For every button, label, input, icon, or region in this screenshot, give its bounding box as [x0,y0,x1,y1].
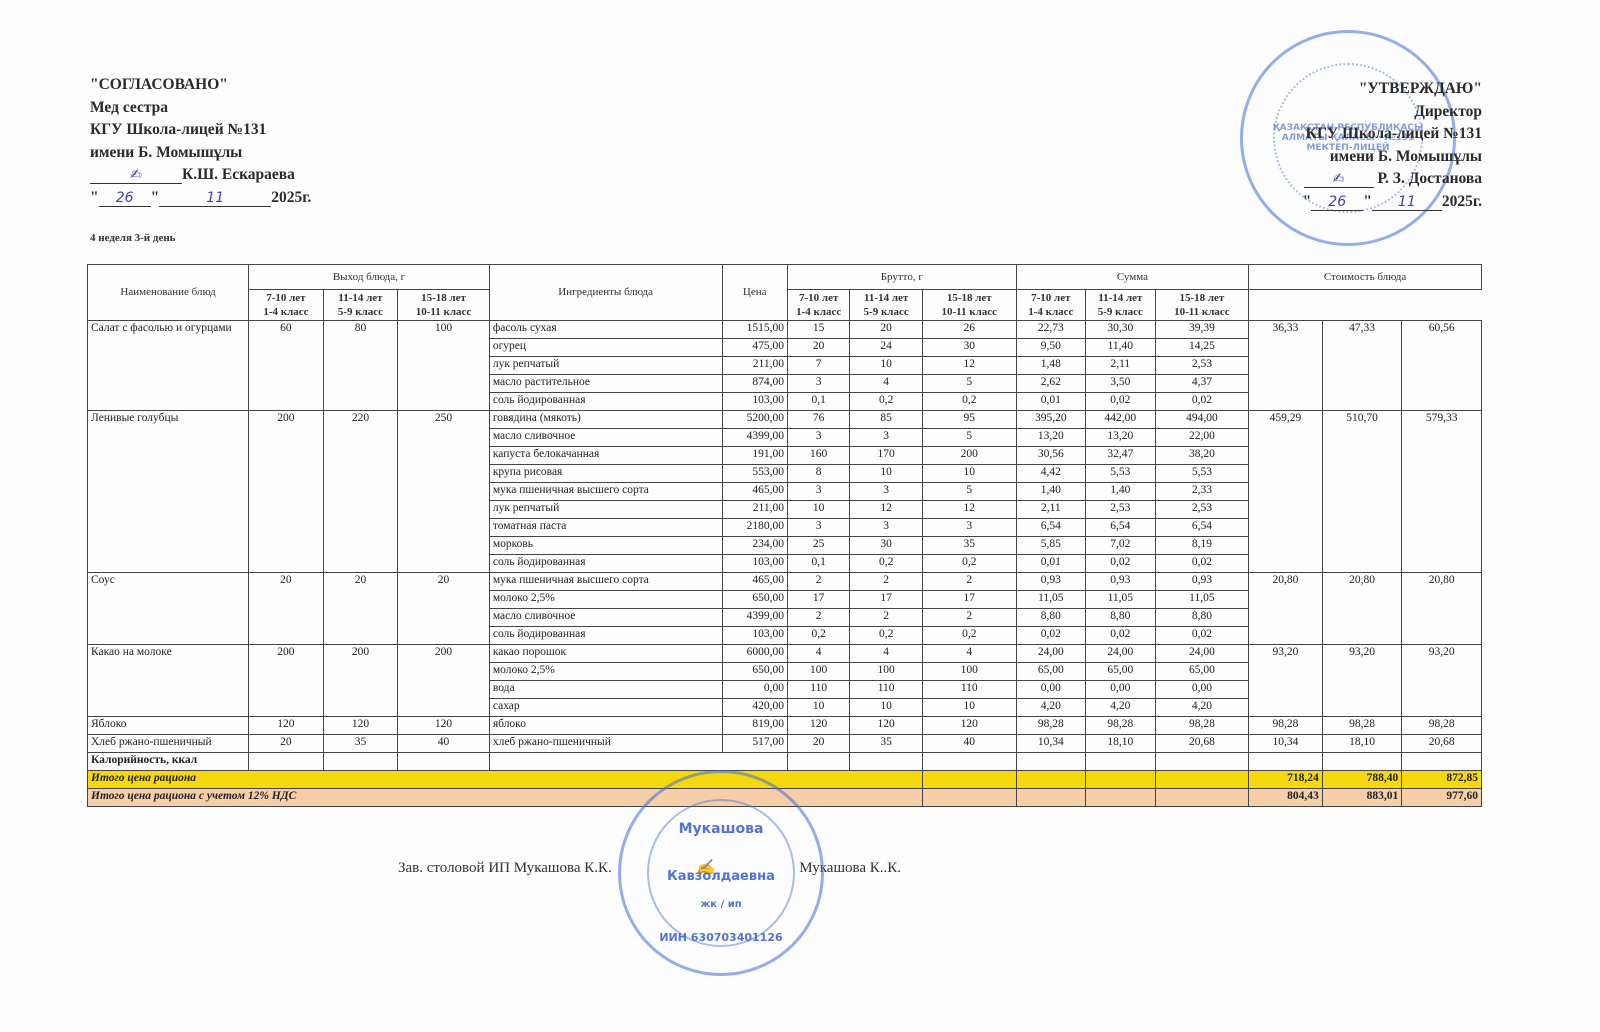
table-row: Какао на молоке200200200какао порошок600… [88,645,1482,663]
ingredient-brutto: 120 [850,717,923,735]
vat-row-value: 883,01 [1322,789,1402,807]
ingredient-price: 650,00 [722,591,787,609]
ingredient-price: 517,00 [722,735,787,753]
ingredient-sum: 22,00 [1155,429,1249,447]
total-row-value: 872,85 [1402,771,1482,789]
dish-cost: 10,34 [1249,735,1323,753]
ingredient-sum: 20,68 [1155,735,1249,753]
signature-mark: ✍ [1304,171,1374,188]
ingredient-sum: 30,56 [1016,447,1085,465]
approval-left-signature-line: ✍К.Ш. Ескараева [90,164,311,187]
calories-cell [1155,753,1249,771]
ingredient-sum: 6,54 [1016,519,1085,537]
calories-cell [489,753,787,771]
ingredient-brutto: 4 [850,375,923,393]
approval-left-title: "СОГЛАСОВАНО" [90,74,311,97]
ingredient-name: масло растительное [489,375,722,393]
dish-yield: 20 [398,573,490,645]
ingredient-brutto: 3 [787,483,849,501]
ingredient-brutto: 17 [922,591,1016,609]
ingredient-brutto: 0,2 [850,393,923,411]
calories-row: Калорийность, ккал [88,753,1482,771]
ingredient-sum: 0,02 [1086,627,1155,645]
ingredient-brutto: 10 [850,699,923,717]
ingredient-brutto: 3 [850,519,923,537]
vat-row-empty [1086,789,1155,807]
dish-yield: 20 [249,573,324,645]
ingredient-brutto: 24 [850,339,923,357]
ingredient-sum: 4,20 [1086,699,1155,717]
ingredient-name: капуста белокачанная [489,447,722,465]
ingredient-brutto: 40 [922,735,1016,753]
ingredient-price: 211,00 [722,357,787,375]
ingredient-sum: 0,02 [1155,555,1249,573]
ingredient-price: 6000,00 [722,645,787,663]
ingredient-sum: 24,00 [1155,645,1249,663]
dish-yield: 200 [323,645,398,717]
ingredient-name: масло сливочное [489,429,722,447]
approval-right: "УТВЕРЖДАЮ" Директор КГУ Школа-лицей №13… [1303,78,1482,213]
ingredient-sum: 24,00 [1086,645,1155,663]
ingredient-name: соль йодированная [489,627,722,645]
ingredient-brutto: 3 [922,519,1016,537]
total-row-empty [922,771,1016,789]
ingredient-name: крупа рисовая [489,465,722,483]
dish-yield: 100 [398,321,490,411]
ingredient-price: 4399,00 [722,609,787,627]
ingredient-brutto: 17 [850,591,923,609]
ingredient-name: хлеб ржано-пшеничный [489,735,722,753]
menu-table-body: Салат с фасолью и огурцами6080100фасоль … [88,321,1482,807]
ip-stamp-type: жк / ип [621,899,821,910]
ingredient-brutto: 0,1 [787,555,849,573]
ingredient-price: 475,00 [722,339,787,357]
dish-yield: 220 [323,411,398,573]
ingredient-sum: 10,34 [1016,735,1085,753]
ingredient-sum: 2,11 [1086,357,1155,375]
ingredient-name: морковь [489,537,722,555]
ingredient-brutto: 7 [787,357,849,375]
ingredient-brutto: 10 [787,699,849,717]
ingredient-price: 650,00 [722,663,787,681]
ingredient-brutto: 10 [922,465,1016,483]
ingredient-brutto: 3 [787,519,849,537]
approval-right-position: Директор [1303,101,1482,124]
table-row: Хлеб ржано-пшеничный203540хлеб ржано-пше… [88,735,1482,753]
ingredient-price: 420,00 [722,699,787,717]
vat-row-value: 977,60 [1402,789,1482,807]
dish-name: Какао на молоке [88,645,249,717]
ingredient-brutto: 10 [850,465,923,483]
ingredient-brutto: 20 [787,735,849,753]
ingredient-sum: 0,02 [1155,627,1249,645]
total-row-value: 718,24 [1249,771,1323,789]
approval-right-org-name: имени Б. Момышұлы [1303,146,1482,169]
total-row-label: Итого цена рациона [88,771,923,789]
ingredient-name: лук репчатый [489,501,722,519]
ingredient-sum: 14,25 [1155,339,1249,357]
table-row: Яблоко120120120яблоко819,0012012012098,2… [88,717,1482,735]
ingredient-price: 103,00 [722,555,787,573]
ingredient-sum: 0,00 [1155,681,1249,699]
total-row-empty [1155,771,1249,789]
approval-left-position: Мед сестра [90,97,311,120]
ingredient-brutto: 0,2 [922,393,1016,411]
ingredient-brutto: 0,2 [787,627,849,645]
vat-row-value: 804,43 [1249,789,1323,807]
ingredient-price: 553,00 [722,465,787,483]
ingredient-brutto: 12 [922,357,1016,375]
ingredient-brutto: 4 [787,645,849,663]
ip-stamp-name-bottom: Кавзолдаевна [621,869,821,884]
ingredient-sum: 6,54 [1086,519,1155,537]
ingredient-price: 874,00 [722,375,787,393]
ingredient-sum: 2,33 [1155,483,1249,501]
header-brutto: Брутто, г [787,265,1016,290]
approval-left: "СОГЛАСОВАНО" Мед сестра КГУ Школа-лицей… [90,74,311,209]
header-ingredients: Ингредиенты блюда [489,265,722,321]
dish-yield: 200 [249,645,324,717]
ingredient-sum: 5,53 [1086,465,1155,483]
header-age-group: 15-18 лет10-11 класс [922,290,1016,321]
dish-yield: 40 [398,735,490,753]
dish-yield: 200 [398,645,490,717]
ingredient-sum: 39,39 [1155,321,1249,339]
ingredient-price: 211,00 [722,501,787,519]
ingredient-brutto: 170 [850,447,923,465]
ingredient-sum: 2,11 [1016,501,1085,519]
ingredient-sum: 13,20 [1086,429,1155,447]
week-day-label: 4 неделя 3-й день [90,232,176,244]
ingredient-name: мука пшеничная высшего сорта [489,483,722,501]
dish-name: Ленивые голубцы [88,411,249,573]
ingredient-sum: 11,05 [1086,591,1155,609]
ingredient-sum: 8,19 [1155,537,1249,555]
dish-cost: 93,20 [1402,645,1482,717]
ingredient-sum: 395,20 [1016,411,1085,429]
dish-cost: 459,29 [1249,411,1323,573]
table-row: Ленивые голубцы200220250говядина (мякоть… [88,411,1482,429]
ingredient-brutto: 0,2 [922,555,1016,573]
ingredient-sum: 11,05 [1155,591,1249,609]
approval-right-date: "26"112025г. [1303,191,1482,214]
ingredient-sum: 1,48 [1016,357,1085,375]
dish-cost: 60,56 [1402,321,1482,411]
ingredient-sum: 4,20 [1016,699,1085,717]
ingredient-brutto: 5 [922,483,1016,501]
ingredient-brutto: 76 [787,411,849,429]
signature-mark: ✍ [90,167,182,184]
header-age-group: 7-10 лет1-4 класс [787,290,849,321]
ingredient-brutto: 120 [787,717,849,735]
ingredient-brutto: 0,1 [787,393,849,411]
ingredient-name: яблоко [489,717,722,735]
ingredient-brutto: 4 [850,645,923,663]
dish-yield: 60 [249,321,324,411]
menu-table: Наименование блюд Выход блюда, г Ингреди… [87,264,1482,807]
total-row-value: 788,40 [1322,771,1402,789]
ingredient-sum: 98,28 [1155,717,1249,735]
total-row: Итого цена рациона718,24788,40872,85 [88,771,1482,789]
ingredient-price: 2180,00 [722,519,787,537]
ingredient-sum: 13,20 [1016,429,1085,447]
ingredient-brutto: 17 [787,591,849,609]
ingredient-sum: 0,00 [1086,681,1155,699]
ingredient-sum: 38,20 [1155,447,1249,465]
ingredient-price: 5200,00 [722,411,787,429]
header-dish-name: Наименование блюд [88,265,249,321]
ingredient-name: молоко 2,5% [489,591,722,609]
ingredient-sum: 65,00 [1086,663,1155,681]
approval-left-day: 26 [99,190,151,207]
ingredient-brutto: 110 [922,681,1016,699]
ingredient-sum: 0,02 [1086,393,1155,411]
calories-cell [1016,753,1085,771]
ingredient-sum: 442,00 [1086,411,1155,429]
approval-right-month: 11 [1372,194,1442,211]
dish-name: Яблоко [88,717,249,735]
ingredient-brutto: 85 [850,411,923,429]
header-yield: Выход блюда, г [249,265,490,290]
ingredient-name: говядина (мякоть) [489,411,722,429]
header-sum: Сумма [1016,265,1249,290]
ingredient-brutto: 26 [922,321,1016,339]
ingredient-price: 819,00 [722,717,787,735]
ingredient-sum: 0,93 [1016,573,1085,591]
ingredient-name: вода [489,681,722,699]
ingredient-brutto: 35 [922,537,1016,555]
ingredient-brutto: 12 [922,501,1016,519]
ingredient-sum: 5,85 [1016,537,1085,555]
dish-cost: 93,20 [1249,645,1323,717]
ingredient-brutto: 10 [850,357,923,375]
total-row-empty [1086,771,1155,789]
calories-cell [249,753,324,771]
total-row-empty [1016,771,1085,789]
ingredient-sum: 30,30 [1086,321,1155,339]
ingredient-sum: 5,53 [1155,465,1249,483]
ingredient-name: масло сливочное [489,609,722,627]
ingredient-brutto: 10 [922,699,1016,717]
ingredient-brutto: 30 [850,537,923,555]
ingredient-name: огурец [489,339,722,357]
approval-left-org-name: имени Б. Момышұлы [90,142,311,165]
ingredient-sum: 2,53 [1155,501,1249,519]
ingredient-brutto: 2 [850,573,923,591]
header-dish-cost: Стоимость блюда [1249,265,1482,290]
dish-yield: 120 [323,717,398,735]
ingredient-brutto: 4 [922,645,1016,663]
ingredient-brutto: 110 [787,681,849,699]
approval-left-signer: К.Ш. Ескараева [182,166,295,183]
approval-left-org: КГУ Школа-лицей №131 [90,119,311,142]
ingredient-sum: 24,00 [1016,645,1085,663]
header-age-group: 11-14 лет5-9 класс [1086,290,1155,321]
calories-label: Калорийность, ккал [88,753,249,771]
ingredient-price: 0,00 [722,681,787,699]
dish-cost: 98,28 [1249,717,1323,735]
dish-yield: 120 [249,717,324,735]
ingredient-sum: 7,02 [1086,537,1155,555]
ingredient-sum: 3,50 [1086,375,1155,393]
header-age-group: 11-14 лет5-9 класс [850,290,923,321]
ingredient-name: молоко 2,5% [489,663,722,681]
ingredient-sum: 11,40 [1086,339,1155,357]
ingredient-sum: 22,73 [1016,321,1085,339]
ingredient-sum: 0,93 [1155,573,1249,591]
ingredient-sum: 0,93 [1086,573,1155,591]
ingredient-brutto: 2 [922,573,1016,591]
calories-cell [787,753,849,771]
ingredient-sum: 32,47 [1086,447,1155,465]
header-price: Цена [722,265,787,321]
approval-right-org: КГУ Школа-лицей №131 [1303,123,1482,146]
calories-cell [1086,753,1155,771]
ingredient-brutto: 95 [922,411,1016,429]
ingredient-sum: 0,01 [1016,555,1085,573]
ip-stamp-iin: ИИН 630703401126 [621,931,821,944]
dish-cost: 98,28 [1322,717,1402,735]
ingredient-name: соль йодированная [489,393,722,411]
ingredient-name: какао порошок [489,645,722,663]
dish-name: Хлеб ржано-пшеничный [88,735,249,753]
dish-yield: 120 [398,717,490,735]
ingredient-sum: 8,80 [1155,609,1249,627]
dish-cost: 510,70 [1322,411,1402,573]
dish-cost: 20,80 [1249,573,1323,645]
ingredient-sum: 494,00 [1155,411,1249,429]
approval-right-day: 26 [1311,194,1363,211]
ingredient-brutto: 3 [787,375,849,393]
header-age-group: 15-18 лет10-11 класс [398,290,490,321]
ingredient-brutto: 3 [850,483,923,501]
ingredient-brutto: 0,2 [922,627,1016,645]
header-age-group: 11-14 лет5-9 класс [323,290,398,321]
ingredient-sum: 0,02 [1155,393,1249,411]
ingredient-brutto: 0,2 [850,555,923,573]
canteen-signature-label: Зав. столовой ИП Мукашова К.К. [398,860,612,876]
dish-cost: 98,28 [1402,717,1482,735]
vat-row-empty [1155,789,1249,807]
dish-cost: 93,20 [1322,645,1402,717]
ingredient-brutto: 2 [922,609,1016,627]
ingredient-sum: 98,28 [1016,717,1085,735]
calories-cell [850,753,923,771]
ingredient-sum: 6,54 [1155,519,1249,537]
dish-cost: 20,68 [1402,735,1482,753]
ingredient-brutto: 200 [922,447,1016,465]
ingredient-brutto: 2 [787,573,849,591]
ingredient-brutto: 20 [787,339,849,357]
ip-stamp: Мукашова Кавзолдаевна жк / ип ИИН 630703… [618,770,824,976]
ingredient-brutto: 3 [850,429,923,447]
ingredient-name: соль йодированная [489,555,722,573]
calories-cell [1322,753,1402,771]
ingredient-sum: 8,80 [1016,609,1085,627]
dish-cost: 47,33 [1322,321,1402,411]
ingredient-brutto: 160 [787,447,849,465]
approval-left-year: 2025г. [271,189,311,206]
ingredient-sum: 2,62 [1016,375,1085,393]
ingredient-brutto: 100 [922,663,1016,681]
ingredient-brutto: 5 [922,429,1016,447]
dish-yield: 250 [398,411,490,573]
ingredient-price: 103,00 [722,393,787,411]
ingredient-sum: 2,53 [1155,357,1249,375]
header-age-group: 15-18 лет10-11 класс [1155,290,1249,321]
ingredient-name: фасоль сухая [489,321,722,339]
ingredient-brutto: 2 [850,609,923,627]
ingredient-brutto: 0,2 [850,627,923,645]
dish-yield: 20 [323,573,398,645]
ingredient-brutto: 15 [787,321,849,339]
ingredient-price: 191,00 [722,447,787,465]
dish-cost: 579,33 [1402,411,1482,573]
table-row: Соус202020мука пшеничная высшего сорта46… [88,573,1482,591]
dish-yield: 200 [249,411,324,573]
ingredient-brutto: 30 [922,339,1016,357]
ingredient-name: томатная паста [489,519,722,537]
table-row: Салат с фасолью и огурцами6080100фасоль … [88,321,1482,339]
approval-right-signature-line: ✍ Р. З. Достанова [1303,168,1482,191]
ingredient-brutto: 10 [787,501,849,519]
ingredient-brutto: 120 [922,717,1016,735]
ingredient-brutto: 25 [787,537,849,555]
ingredient-brutto: 100 [850,663,923,681]
vat-row-empty [922,789,1016,807]
ingredient-price: 1515,00 [722,321,787,339]
ingredient-sum: 1,40 [1086,483,1155,501]
approval-left-month: 11 [159,190,271,207]
ingredient-name: сахар [489,699,722,717]
ingredient-sum: 1,40 [1016,483,1085,501]
ingredient-sum: 0,00 [1016,681,1085,699]
calories-cell [1249,753,1323,771]
vat-row-empty [1016,789,1085,807]
ingredient-brutto: 2 [787,609,849,627]
dish-cost: 20,80 [1402,573,1482,645]
header-age-group: 7-10 лет1-4 класс [249,290,324,321]
approval-left-date: "26"112025г. [90,187,311,210]
ingredient-brutto: 5 [922,375,1016,393]
ingredient-sum: 4,37 [1155,375,1249,393]
ingredient-sum: 0,02 [1086,555,1155,573]
ingredient-brutto: 100 [787,663,849,681]
calories-cell [1402,753,1482,771]
ingredient-brutto: 3 [787,429,849,447]
approval-right-year: 2025г. [1442,193,1482,210]
ingredient-sum: 8,80 [1086,609,1155,627]
ingredient-sum: 65,00 [1016,663,1085,681]
ingredient-sum: 0,02 [1016,627,1085,645]
dish-yield: 80 [323,321,398,411]
dish-cost: 36,33 [1249,321,1323,411]
header-age-group: 7-10 лет1-4 класс [1016,290,1085,321]
ingredient-sum: 4,20 [1155,699,1249,717]
ingredient-sum: 18,10 [1086,735,1155,753]
dish-name: Соус [88,573,249,645]
ingredient-sum: 4,42 [1016,465,1085,483]
ingredient-brutto: 8 [787,465,849,483]
calories-cell [922,753,1016,771]
ingredient-price: 4399,00 [722,429,787,447]
ingredient-brutto: 110 [850,681,923,699]
dish-yield: 20 [249,735,324,753]
ingredient-sum: 65,00 [1155,663,1249,681]
ingredient-sum: 98,28 [1086,717,1155,735]
dish-cost: 18,10 [1322,735,1402,753]
dish-name: Салат с фасолью и огурцами [88,321,249,411]
